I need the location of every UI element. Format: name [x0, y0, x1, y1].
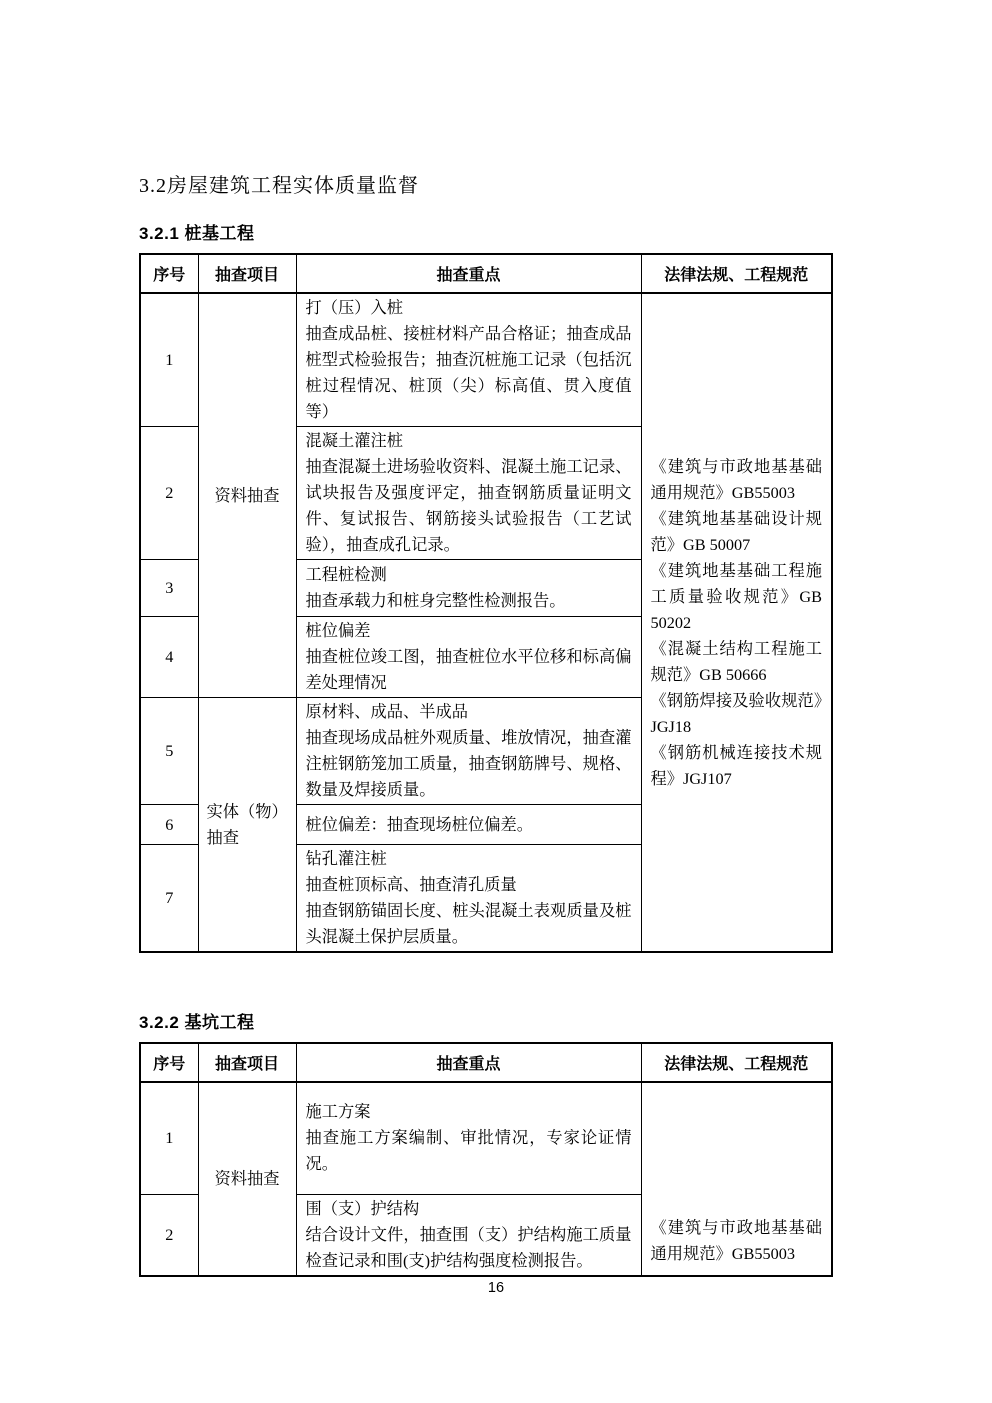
row-seq: 5 [140, 698, 198, 805]
focus-line: 结合设计文件，抽查围（支）护结构施工质量检查记录和围(支)护结构强度检测报告。 [306, 1222, 632, 1274]
focus-cell: 钻孔灌注桩 抽查桩顶标高、抽查清孔质量 抽查钢筋锚固长度、桩头混凝土表观质量及桩… [296, 845, 641, 953]
category-cell-data-check: 资料抽查 [198, 1082, 296, 1276]
pile-foundation-table: 序号 抽查项目 抽查重点 法律法规、工程规范 1 资料抽查 打（压）入桩 抽查成… [139, 253, 833, 953]
focus-cell: 围（支）护结构 结合设计文件，抽查围（支）护结构施工质量检查记录和围(支)护结构… [296, 1194, 641, 1276]
focus-line-title: 混凝土灌注桩 [306, 428, 632, 454]
focus-line-title: 桩位偏差 [306, 618, 632, 644]
focus-line-title: 钻孔灌注桩 [306, 846, 632, 872]
regulation-item: 《混凝土结构工程施工规范》GB 50666 [651, 636, 823, 688]
focus-line-title: 工程桩检测 [306, 562, 632, 588]
focus-line: 抽查承载力和桩身完整性检测报告。 [306, 588, 632, 614]
table-row: 1 资料抽查 打（压）入桩 抽查成品桩、接桩材料产品合格证；抽查成品桩型式检验报… [140, 293, 832, 427]
focus-line: 抽查成品桩、接桩材料产品合格证；抽查成品桩型式检验报告；抽查沉桩施工记录（包括沉… [306, 321, 632, 425]
row-seq: 2 [140, 1194, 198, 1276]
focus-cell: 原材料、成品、半成品 抽查现场成品桩外观质量、堆放情况，抽查灌注桩钢筋笼加工质量… [296, 698, 641, 805]
table-header-row: 序号 抽查项目 抽查重点 法律法规、工程规范 [140, 254, 832, 293]
header-regs: 法律法规、工程规范 [641, 1043, 832, 1082]
row-seq: 1 [140, 293, 198, 427]
table-row: 1 资料抽查 施工方案 抽查施工方案编制、审批情况，专家论证情况。 《建筑与市政… [140, 1082, 832, 1194]
regulations-cell: 《建筑与市政地基基础通用规范》GB55003 《建筑地基基础设计规范》GB 50… [641, 293, 832, 952]
section-heading-3-2-2: 3.2.2 基坑工程 [139, 1011, 833, 1035]
excavation-table: 序号 抽查项目 抽查重点 法律法规、工程规范 1 资料抽查 施工方案 抽查施工方… [139, 1042, 833, 1277]
focus-line: 抽查钢筋锚固长度、桩头混凝土表观质量及桩头混凝土保护层质量。 [306, 898, 632, 950]
focus-line: 桩位偏差：抽查现场桩位偏差。 [306, 812, 632, 838]
row-seq: 1 [140, 1082, 198, 1194]
focus-line-title: 打（压）入桩 [306, 295, 632, 321]
regulations-cell: 《建筑与市政地基基础通用规范》GB55003 [641, 1082, 832, 1276]
focus-line: 抽查桩顶标高、抽查清孔质量 [306, 872, 632, 898]
row-seq: 2 [140, 427, 198, 560]
focus-line-title: 原材料、成品、半成品 [306, 699, 632, 725]
doc-title: 3.2房屋建筑工程实体质量监督 [139, 0, 833, 200]
section-heading-3-2-1: 3.2.1 桩基工程 [139, 222, 833, 246]
page-number: 16 [0, 1280, 992, 1296]
regulation-item: 《建筑与市政地基基础通用规范》GB55003 [651, 1215, 823, 1267]
regulation-item: 《建筑地基基础设计规范》GB 50007 [651, 506, 823, 558]
focus-cell: 施工方案 抽查施工方案编制、审批情况，专家论证情况。 [296, 1082, 641, 1194]
regulation-item: 《钢筋焊接及验收规范》JGJ18 [651, 688, 823, 740]
header-item: 抽查项目 [198, 254, 296, 293]
focus-cell: 桩位偏差：抽查现场桩位偏差。 [296, 805, 641, 845]
row-seq: 6 [140, 805, 198, 845]
regulation-item: 《建筑地基基础工程施工质量验收规范》GB 50202 [651, 558, 823, 636]
page-content: 3.2房屋建筑工程实体质量监督 3.2.1 桩基工程 序号 抽查项目 抽查重点 … [139, 0, 833, 1277]
focus-cell: 桩位偏差 抽查桩位竣工图，抽查桩位水平位移和标高偏差处理情况 [296, 617, 641, 698]
focus-cell: 工程桩检测 抽查承载力和桩身完整性检测报告。 [296, 560, 641, 617]
focus-cell: 打（压）入桩 抽查成品桩、接桩材料产品合格证；抽查成品桩型式检验报告；抽查沉桩施… [296, 293, 641, 427]
category-cell-data-check: 资料抽查 [198, 293, 296, 698]
focus-line-title: 施工方案 [306, 1099, 632, 1125]
header-seq: 序号 [140, 1043, 198, 1082]
regulation-item: 《钢筋机械连接技术规程》JGJ107 [651, 740, 823, 792]
header-regs: 法律法规、工程规范 [641, 254, 832, 293]
header-focus: 抽查重点 [296, 254, 641, 293]
header-item: 抽查项目 [198, 1043, 296, 1082]
row-seq: 3 [140, 560, 198, 617]
table-header-row: 序号 抽查项目 抽查重点 法律法规、工程规范 [140, 1043, 832, 1082]
row-seq: 4 [140, 617, 198, 698]
category-cell-physical-check: 实体（物）抽查 [198, 698, 296, 953]
focus-cell: 混凝土灌注桩 抽查混凝土进场验收资料、混凝土施工记录、试块报告及强度评定，抽查钢… [296, 427, 641, 560]
focus-line: 抽查混凝土进场验收资料、混凝土施工记录、试块报告及强度评定，抽查钢筋质量证明文件… [306, 454, 632, 558]
header-seq: 序号 [140, 254, 198, 293]
header-focus: 抽查重点 [296, 1043, 641, 1082]
focus-line: 抽查现场成品桩外观质量、堆放情况，抽查灌注桩钢筋笼加工质量，抽查钢筋牌号、规格、… [306, 725, 632, 803]
regulation-item: 《建筑与市政地基基础通用规范》GB55003 [651, 454, 823, 506]
row-seq: 7 [140, 845, 198, 953]
focus-line: 抽查施工方案编制、审批情况，专家论证情况。 [306, 1125, 632, 1177]
focus-line-title: 围（支）护结构 [306, 1196, 632, 1222]
document-page: 3.2房屋建筑工程实体质量监督 3.2.1 桩基工程 序号 抽查项目 抽查重点 … [0, 0, 992, 1403]
focus-line: 抽查桩位竣工图，抽查桩位水平位移和标高偏差处理情况 [306, 644, 632, 696]
